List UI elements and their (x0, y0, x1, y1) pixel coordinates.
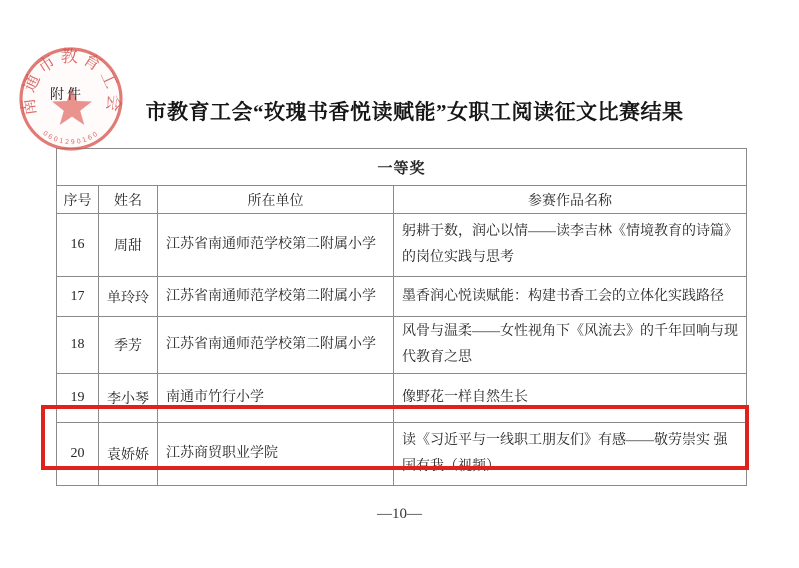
cell-seq: 17 (57, 277, 99, 317)
cell-unit: 江苏省南通师范学校第二附属小学 (158, 317, 394, 374)
attachment-label: 附件 (50, 84, 84, 104)
col-header-seq: 序号 (57, 186, 99, 214)
table-row-highlighted: 20 袁娇娇 江苏商贸职业学院 读《习近平与一线职工朋友们》有感——敬劳崇实 强… (57, 423, 747, 486)
cell-unit: 江苏商贸职业学院 (158, 423, 394, 486)
table-row: 18 季芳 江苏省南通师范学校第二附属小学 风骨与温柔——女性视角下《风流去》的… (57, 317, 747, 374)
table-row: 16 周甜 江苏省南通师范学校第二附属小学 躬耕于数，润心以情——读李吉林《情境… (57, 214, 747, 277)
cell-seq: 20 (57, 423, 99, 486)
cell-unit: 江苏省南通师范学校第二附属小学 (158, 277, 394, 317)
cell-name: 李小琴 (99, 374, 158, 423)
page-title: 市教育工会“玫瑰书香悦读赋能”女职工阅读征文比赛结果 (30, 96, 799, 126)
cell-seq: 19 (57, 374, 99, 423)
column-header-row: 序号 姓名 所在单位 参赛作品名称 (57, 186, 747, 214)
cell-work: 躬耕于数，润心以情——读李吉林《情境教育的诗篇》的岗位实践与思考 (394, 214, 747, 277)
table-row: 19 李小琴 南通市竹行小学 像野花一样自然生长 (57, 374, 747, 423)
cell-work: 像野花一样自然生长 (394, 374, 747, 423)
cell-seq: 16 (57, 214, 99, 277)
cell-name: 单玲玲 (99, 277, 158, 317)
prize-header: 一等奖 (57, 149, 747, 186)
cell-work: 墨香润心悦读赋能：构建书香工会的立体化实践路径 (394, 277, 747, 317)
table-row: 17 单玲玲 江苏省南通师范学校第二附属小学 墨香润心悦读赋能：构建书香工会的立… (57, 277, 747, 317)
cell-work: 读《习近平与一线职工朋友们》有感——敬劳崇实 强国有我（视频） (394, 423, 747, 486)
cell-work: 风骨与温柔——女性视角下《风流去》的千年回响与现代教育之思 (394, 317, 747, 374)
results-table: 一等奖 序号 姓名 所在单位 参赛作品名称 16 周甜 江苏省南通师范学校第二附… (56, 148, 747, 486)
cell-name: 袁娇娇 (99, 423, 158, 486)
cell-seq: 18 (57, 317, 99, 374)
page-number: —10— (0, 506, 799, 523)
col-header-unit: 所在单位 (158, 186, 394, 214)
prize-header-row: 一等奖 (57, 149, 747, 186)
cell-unit: 江苏省南通师范学校第二附属小学 (158, 214, 394, 277)
cell-name: 季芳 (99, 317, 158, 374)
document-page: 南通市教育工会 0601290160 附件 市教育工会“玫瑰书香悦读赋能”女职工… (0, 0, 799, 568)
col-header-name: 姓名 (99, 186, 158, 214)
cell-unit: 南通市竹行小学 (158, 374, 394, 423)
col-header-work: 参赛作品名称 (394, 186, 747, 214)
cell-name: 周甜 (99, 214, 158, 277)
